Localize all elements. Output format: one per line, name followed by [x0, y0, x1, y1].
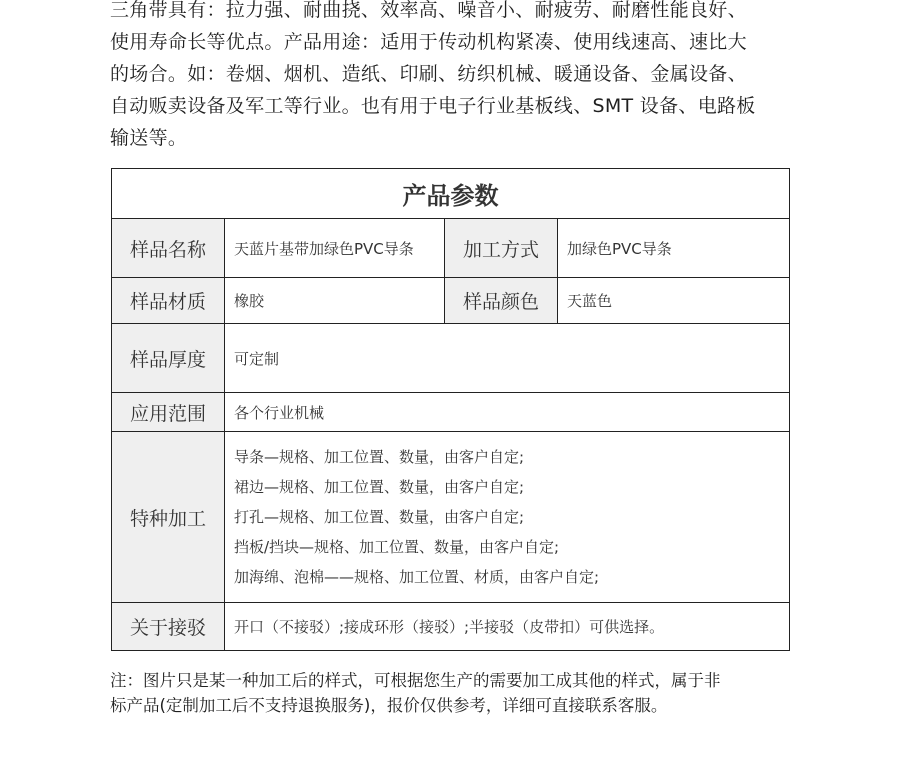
- note-paragraph: 注：图片只是某一种加工后的样式，可根据您生产的需要加工成其他的样式，属于非 标产…: [110, 668, 800, 718]
- intro-paragraph: 三角带具有：拉力强、耐曲挠、效率高、噪音小、耐疲劳、耐磨性能良好、 使用寿命长等…: [110, 0, 800, 154]
- intro-line: 三角带具有：拉力强、耐曲挠、效率高、噪音小、耐疲劳、耐磨性能良好、: [110, 0, 800, 26]
- special-item: 裙边—规格、加工位置、数量，由客户自定;: [234, 472, 789, 502]
- value-process-method: 加绿色PVC导条: [558, 219, 790, 278]
- special-item: 加海绵、泡棉——规格、加工位置、材质，由客户自定;: [234, 562, 789, 592]
- value-special-processing: 导条—规格、加工位置、数量，由客户自定; 裙边—规格、加工位置、数量，由客户自定…: [225, 432, 790, 603]
- label-sample-name: 样品名称: [112, 219, 225, 278]
- label-process-method: 加工方式: [445, 219, 558, 278]
- label-special-processing: 特种加工: [112, 432, 225, 603]
- label-thickness: 样品厚度: [112, 324, 225, 393]
- value-splice: 开口（不接驳）;接成环形（接驳）;半接驳（皮带扣）可供选择。: [225, 603, 790, 651]
- product-params-table: 产品参数 样品名称 天蓝片基带加绿色PVC导条 加工方式 加绿色PVC导条 样品…: [111, 168, 790, 651]
- label-splice: 关于接驳: [112, 603, 225, 651]
- value-scope: 各个行业机械: [225, 393, 790, 432]
- table-title: 产品参数: [112, 169, 790, 219]
- intro-line: 自动贩卖设备及军工等行业。也有用于电子行业基板线、SMT 设备、电路板: [110, 90, 800, 122]
- value-sample-name: 天蓝片基带加绿色PVC导条: [225, 219, 445, 278]
- note-line: 标产品(定制加工后不支持退换服务)，报价仅供参考，详细可直接联系客服。: [110, 693, 800, 718]
- special-item: 挡板/挡块—规格、加工位置、数量，由客户自定;: [234, 532, 789, 562]
- label-material: 样品材质: [112, 278, 225, 324]
- note-line: 注：图片只是某一种加工后的样式，可根据您生产的需要加工成其他的样式，属于非: [110, 668, 800, 693]
- value-material: 橡胶: [225, 278, 445, 324]
- value-color: 天蓝色: [558, 278, 790, 324]
- value-thickness: 可定制: [225, 324, 790, 393]
- intro-line: 使用寿命长等优点。产品用途：适用于传动机构紧凑、使用线速高、速比大: [110, 26, 800, 58]
- label-scope: 应用范围: [112, 393, 225, 432]
- label-color: 样品颜色: [445, 278, 558, 324]
- intro-line: 的场合。如：卷烟、烟机、造纸、印刷、纺织机械、暖通设备、金属设备、: [110, 58, 800, 90]
- intro-line: 输送等。: [110, 122, 800, 154]
- special-item: 导条—规格、加工位置、数量，由客户自定;: [234, 442, 789, 472]
- special-item: 打孔—规格、加工位置、数量，由客户自定;: [234, 502, 789, 532]
